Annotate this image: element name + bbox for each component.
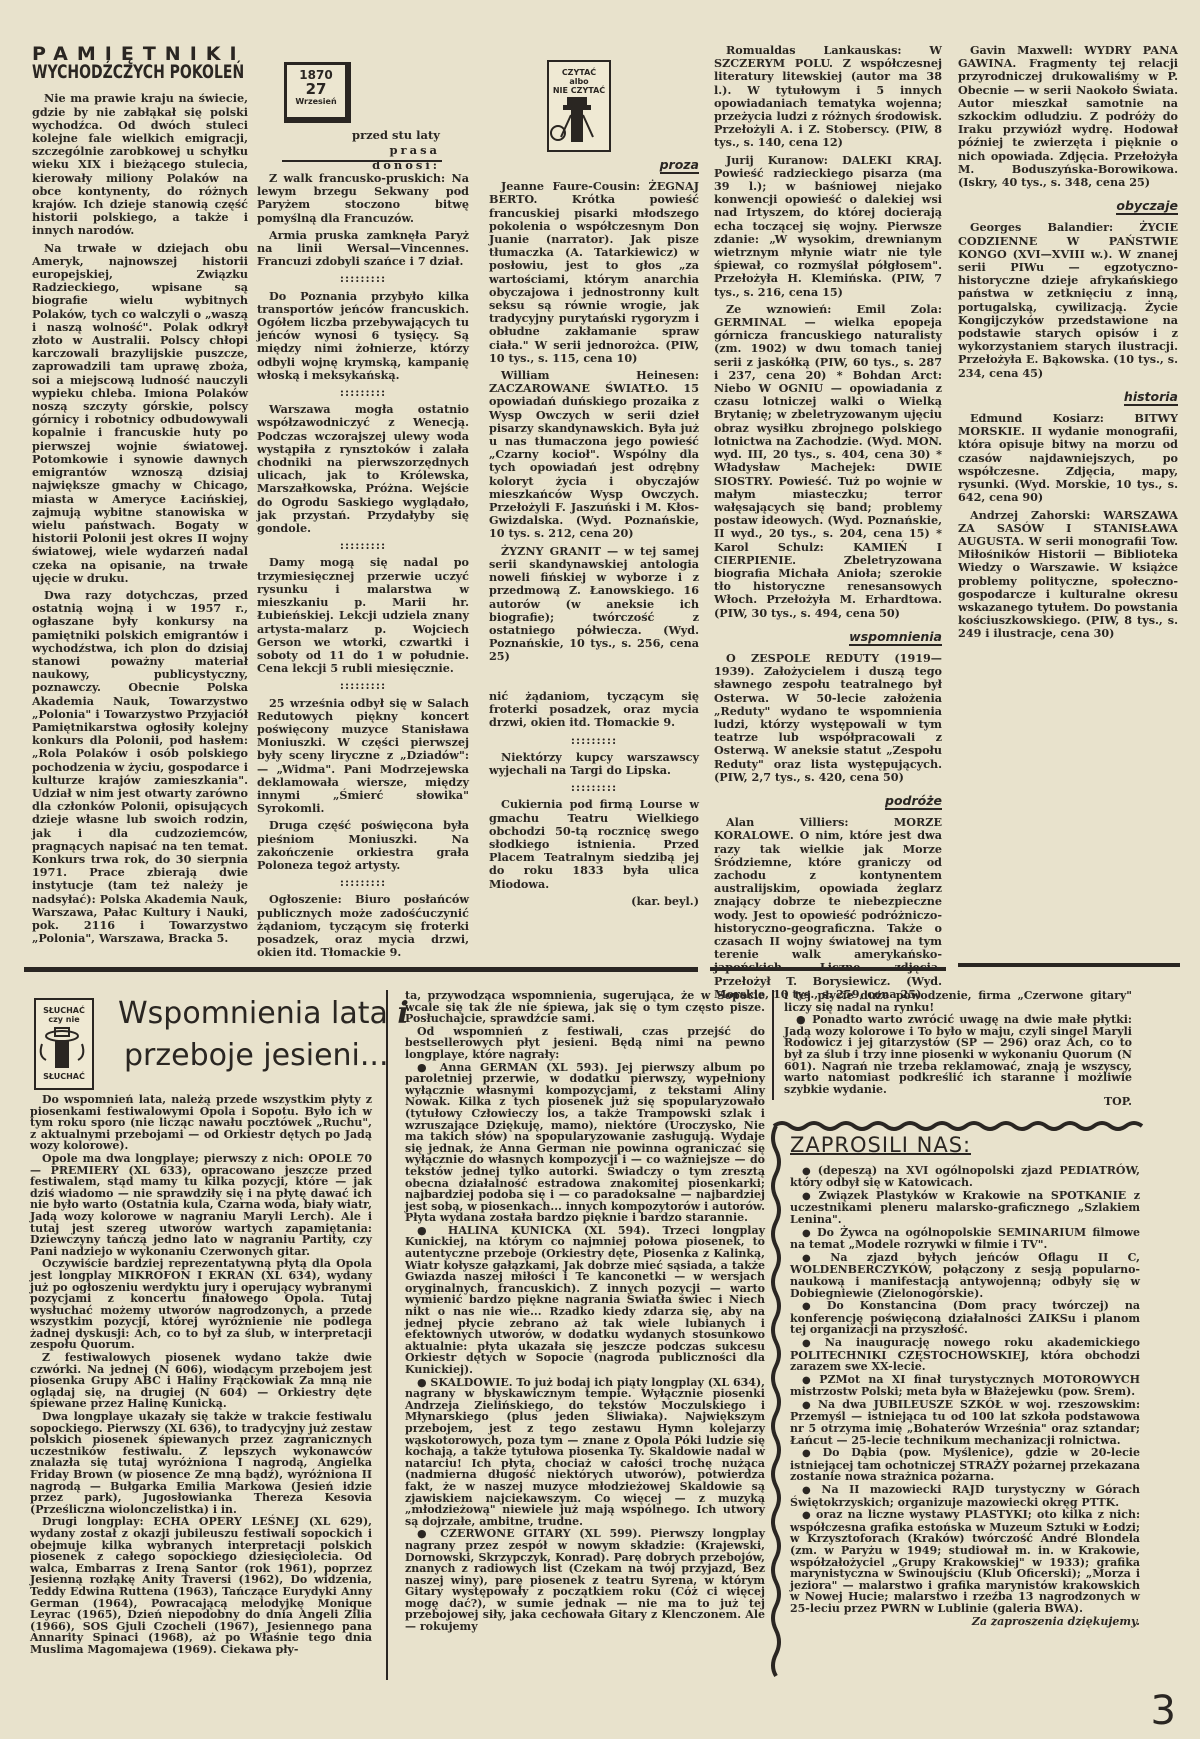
przed-stu-laty-col2: nić żądaniom, tyczącym się froterki posa… xyxy=(489,690,699,912)
column-divider xyxy=(386,990,388,1680)
section-podroze: podróże xyxy=(885,794,942,810)
paragraph: ta, przywodząca wspomnienia, sugerująca,… xyxy=(405,990,765,1025)
invitation-item: Związek Plastyków w Krakowie na SPOTKANI… xyxy=(790,1190,1140,1226)
book-review: Jurij Kuranow: DALEKI KRAJ. Powieść radz… xyxy=(714,154,942,299)
cartoon-label: czy nie xyxy=(36,1015,92,1024)
date-month: Wrzesień xyxy=(287,96,345,107)
cartoon-label: albo xyxy=(549,77,609,86)
czytac-col1: proza Jeanne Faure-Cousin: ŻEGNAJ BERTO.… xyxy=(489,148,699,668)
paragraph: Dwa razy dotychczas, przed ostatnią wojn… xyxy=(32,589,248,945)
news-item: Z walk francusko-pruskich: Na lewym brze… xyxy=(257,172,469,225)
heading-rule xyxy=(282,160,442,162)
divider-mid xyxy=(710,967,946,971)
cartoon-label: SŁUCHAĆ xyxy=(36,1072,92,1081)
section-obyczaje: obyczaje xyxy=(1116,199,1178,215)
listener-figure-icon xyxy=(36,1024,88,1068)
newspaper-page: PAMIĘTNIKI WYCHODŹCZYCH POKOLEŃ Nie ma p… xyxy=(0,0,1200,1739)
book-review: Andrzej Zahorski: WARSZAWA ZA SASÓW I ST… xyxy=(958,509,1178,641)
book-review: Alan Villiers: MORZE KORALOWE. O nim, kt… xyxy=(714,816,942,1001)
wspomnienia-col3: i tej płycie duże powodzenie, firma „Cze… xyxy=(784,990,1132,1109)
book-review: Romualdas Lankauskas: W SZCZERYM POLU. Z… xyxy=(714,44,942,150)
heading-line-2: prasa donosi: xyxy=(320,143,440,173)
paragraph: Dwa longplaye ukazały się także w trakci… xyxy=(30,1411,372,1515)
separator: ::::::::: xyxy=(257,679,469,692)
news-item: Armia pruska zamknęła Paryż na linii Wer… xyxy=(257,229,469,269)
article-subtitle: WYCHODŹCZYCH POKOLEŃ xyxy=(32,65,248,82)
news-item: Damy mogą się nadal po trzymiesięcznej p… xyxy=(257,556,469,675)
przed-stu-laty-col1: Z walk francusko-pruskich: Na lewym brze… xyxy=(257,172,469,963)
invitation-item: Na dwa JUBILEUSZE SZKÓŁ w woj. rzeszowsk… xyxy=(790,1399,1140,1446)
divider-right xyxy=(958,963,1180,967)
czytac-col2: Romualdas Lankauskas: W SZCZERYM POLU. Z… xyxy=(714,44,942,1005)
czytac-cartoon: CZYTAĆ albo NIE CZYTAĆ xyxy=(547,60,611,152)
paragraph: Na trwałe w dziejach obu Ameryk, najnows… xyxy=(32,242,248,585)
book-review: Ze wznowień: Emil Zola: GERMINAL — wielk… xyxy=(714,303,942,620)
news-item: 25 września odbył się w Salach Redutowyc… xyxy=(257,697,469,816)
separator: ::::::::: xyxy=(489,734,699,747)
news-item-continued: nić żądaniom, tyczącym się froterki posa… xyxy=(489,690,699,730)
title-line-2: przeboje jesieni... xyxy=(124,1035,409,1077)
news-item: Ogłoszenie: Biuro posłańców publicznych … xyxy=(257,893,469,959)
sluchac-cartoon: SŁUCHAĆ czy nie SŁUCHAĆ xyxy=(34,998,94,1090)
invitation-item: oraz na liczne wystawy PLASTYKI; oto kil… xyxy=(790,1509,1140,1614)
invitation-item: (depeszą) na XVI ogólnopolski zjazd PEDI… xyxy=(790,1165,1140,1189)
book-review: ŻYZNY GRANIT — w tej samej serii skandyn… xyxy=(489,545,699,664)
invitation-item: Do Żywca na ogólnopolskie SEMINARIUM fil… xyxy=(790,1227,1140,1251)
news-item: Warszawa mogła ostatnio współzawodniczyć… xyxy=(257,403,469,535)
column-divider xyxy=(772,990,774,1100)
signature: (kar. beyl.) xyxy=(489,895,699,908)
paragraph: i tej płycie duże powodzenie, firma „Cze… xyxy=(784,990,1132,1013)
paragraph: Opole ma dwa longplaye; pierwszy z nich:… xyxy=(30,1153,372,1257)
invitation-item: Na inaugurację nowego roku akademickiego… xyxy=(790,1337,1140,1373)
invitation-item: PZMot na XI finał turystycznych MOTOROWY… xyxy=(790,1374,1140,1398)
article-title: PAMIĘTNIKI xyxy=(32,48,248,61)
wspomnienia-col1: Do wspomnień lata, należą przede wszystk… xyxy=(30,1094,372,1657)
paragraph: ● Ponadto warto zwrócić uwagę na dwie ma… xyxy=(784,1014,1132,1095)
separator: ::::::::: xyxy=(489,781,699,794)
cartoon-label: NIE CZYTAĆ xyxy=(549,86,609,95)
date-day: 27 xyxy=(287,82,345,96)
separator: ::::::::: xyxy=(257,386,469,399)
paragraph: Nie ma prawie kraju na świecie, gdzie by… xyxy=(32,92,248,237)
separator: ::::::::: xyxy=(257,539,469,552)
pamietniki-article: PAMIĘTNIKI WYCHODŹCZYCH POKOLEŃ Nie ma p… xyxy=(32,48,248,949)
book-review: O ZESPOLE REDUTY (1919—1939). Założyciel… xyxy=(714,652,942,784)
wspomnienia-col2: ta, przywodząca wspomnienia, sugerująca,… xyxy=(405,990,765,1634)
zaprosili-title: ZAPROSILI NAS: xyxy=(790,1140,971,1155)
divider-left xyxy=(24,967,698,972)
paragraph: Oczywiście bardziej reprezentatywną płyt… xyxy=(30,1258,372,1351)
section-proza: proza xyxy=(660,158,699,174)
book-review: William Heinesen: ZACZAROWANE ŚWIATŁO. 1… xyxy=(489,369,699,541)
separator: ::::::::: xyxy=(257,272,469,285)
cartoon-label: SŁUCHAĆ xyxy=(36,1006,92,1015)
book-review: Gavin Maxwell: WYDRY PANA GAWINA. Fragme… xyxy=(958,44,1178,189)
zaprosili-article: ZAPROSILI NAS: (depeszą) na XVI ogólnopo… xyxy=(790,1140,1140,1628)
paragraph: ● SKALDOWIE. To już bodaj ich piąty long… xyxy=(405,1377,765,1528)
news-item: Niektórzy kupcy warszawscy wyjechali na … xyxy=(489,751,699,777)
date-box: 1870 27 Wrzesień xyxy=(284,62,351,123)
invitation-item: Do Konstancina (Dom pracy twórczej) na k… xyxy=(790,1300,1140,1336)
paragraph: Z festiwalowych piosenek wydano także dw… xyxy=(30,1352,372,1410)
section-historia: historia xyxy=(1124,390,1178,406)
invitation-item: Na zjazd byłych jeńców Oflagu II C, WOLD… xyxy=(790,1252,1140,1299)
paragraph: ● CZERWONE GITARY (XL 599). Pierwszy lon… xyxy=(405,1528,765,1632)
news-item: Cukiernia pod firmą Lourse w gmachu Teat… xyxy=(489,798,699,890)
news-item: Druga część poświęcona była pieśniom Mon… xyxy=(257,819,469,872)
paragraph: ● Anna GERMAN (XL 593). Jej pierwszy alb… xyxy=(405,1062,765,1224)
invitation-item: Na II mazowiecki RAJD turystyczny w Góra… xyxy=(790,1484,1140,1508)
paragraph: ● HALINA KUNICKA (XL 594). Trzeci longpl… xyxy=(405,1225,765,1376)
page-number: 3 xyxy=(1151,1691,1176,1731)
book-review: Georges Balandier: ŻYCIE CODZIENNE W PAŃ… xyxy=(958,221,1178,379)
book-review: Jeanne Faure-Cousin: ŻEGNAJ BERTO. Krótk… xyxy=(489,180,699,365)
invitation-item: Do Dąbia (pow. Myślenice), gdzie w 20-le… xyxy=(790,1447,1140,1483)
czytac-col3: Gavin Maxwell: WYDRY PANA GAWINA. Fragme… xyxy=(958,44,1178,874)
article-title: Wspomnienia lata i przeboje jesieni... xyxy=(118,993,409,1077)
paragraph: Drugi longplay: ECHA OPERY LEŚNEJ (XL 62… xyxy=(30,1516,372,1655)
cartoon-label: CZYTAĆ xyxy=(549,68,609,77)
closing-note: Za zaproszenia dziękujemy. xyxy=(790,1616,1140,1628)
separator: ::::::::: xyxy=(257,876,469,889)
title-line-1: Wspomnienia lata xyxy=(118,996,388,1031)
news-item: Do Poznania przybyło kilka transportów j… xyxy=(257,290,469,382)
signature: TOP. xyxy=(784,1096,1132,1108)
heading-line-1: przed stu laty xyxy=(320,128,440,143)
paragraph: Od wspomnień z festiwali, czas przejść d… xyxy=(405,1026,765,1061)
book-review: Edmund Kosiarz: BITWY MORSKIE. II wydani… xyxy=(958,412,1178,504)
section-heading: przed stu laty prasa donosi: xyxy=(320,128,440,173)
section-wspomnienia: wspomnienia xyxy=(849,630,942,646)
reader-figure-icon xyxy=(549,95,605,145)
paragraph: Do wspomnień lata, należą przede wszystk… xyxy=(30,1094,372,1152)
